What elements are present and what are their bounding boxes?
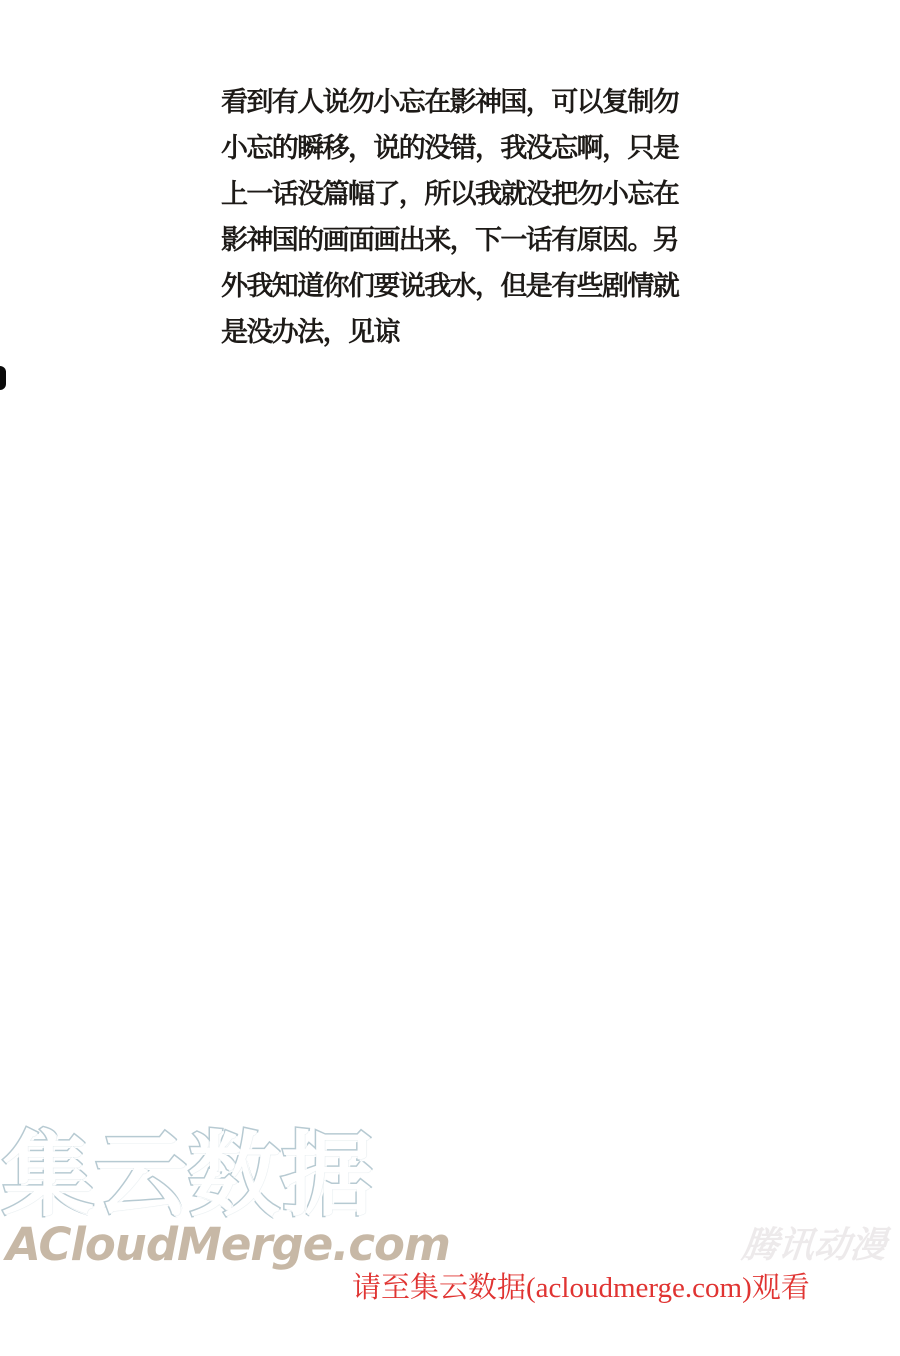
author-note-line: 影神国的画面画出来，下一话有原因。另 <box>221 218 761 264</box>
watermark-brand-cn: 集云数据 <box>2 1128 374 1224</box>
footer-redirect-notice: 请至集云数据(acloudmerge.com)观看 <box>352 1270 810 1306</box>
author-note-line: 是没办法，见谅 <box>221 310 761 356</box>
author-note-line: 看到有人说勿小忘在影神国，可以复制勿 <box>221 80 761 126</box>
author-note-line: 上一话没篇幅了，所以我就没把勿小忘在 <box>221 172 761 218</box>
comic-page: 看到有人说勿小忘在影神国，可以复制勿 小忘的瞬移，说的没错，我没忘啊，只是 上一… <box>0 0 900 1356</box>
author-note-line: 外我知道你们要说我水，但是有些剧情就 <box>221 264 761 310</box>
author-note-line: 小忘的瞬移，说的没错，我没忘啊，只是 <box>221 126 761 172</box>
watermark-brand-en: ACloudMerge.com <box>6 1222 450 1268</box>
tencent-comics-logo: 腾讯动漫 <box>740 1226 888 1266</box>
author-note: 看到有人说勿小忘在影神国，可以复制勿 小忘的瞬移，说的没错，我没忘啊，只是 上一… <box>221 80 761 356</box>
left-edge-bubble-fragment <box>0 366 6 390</box>
